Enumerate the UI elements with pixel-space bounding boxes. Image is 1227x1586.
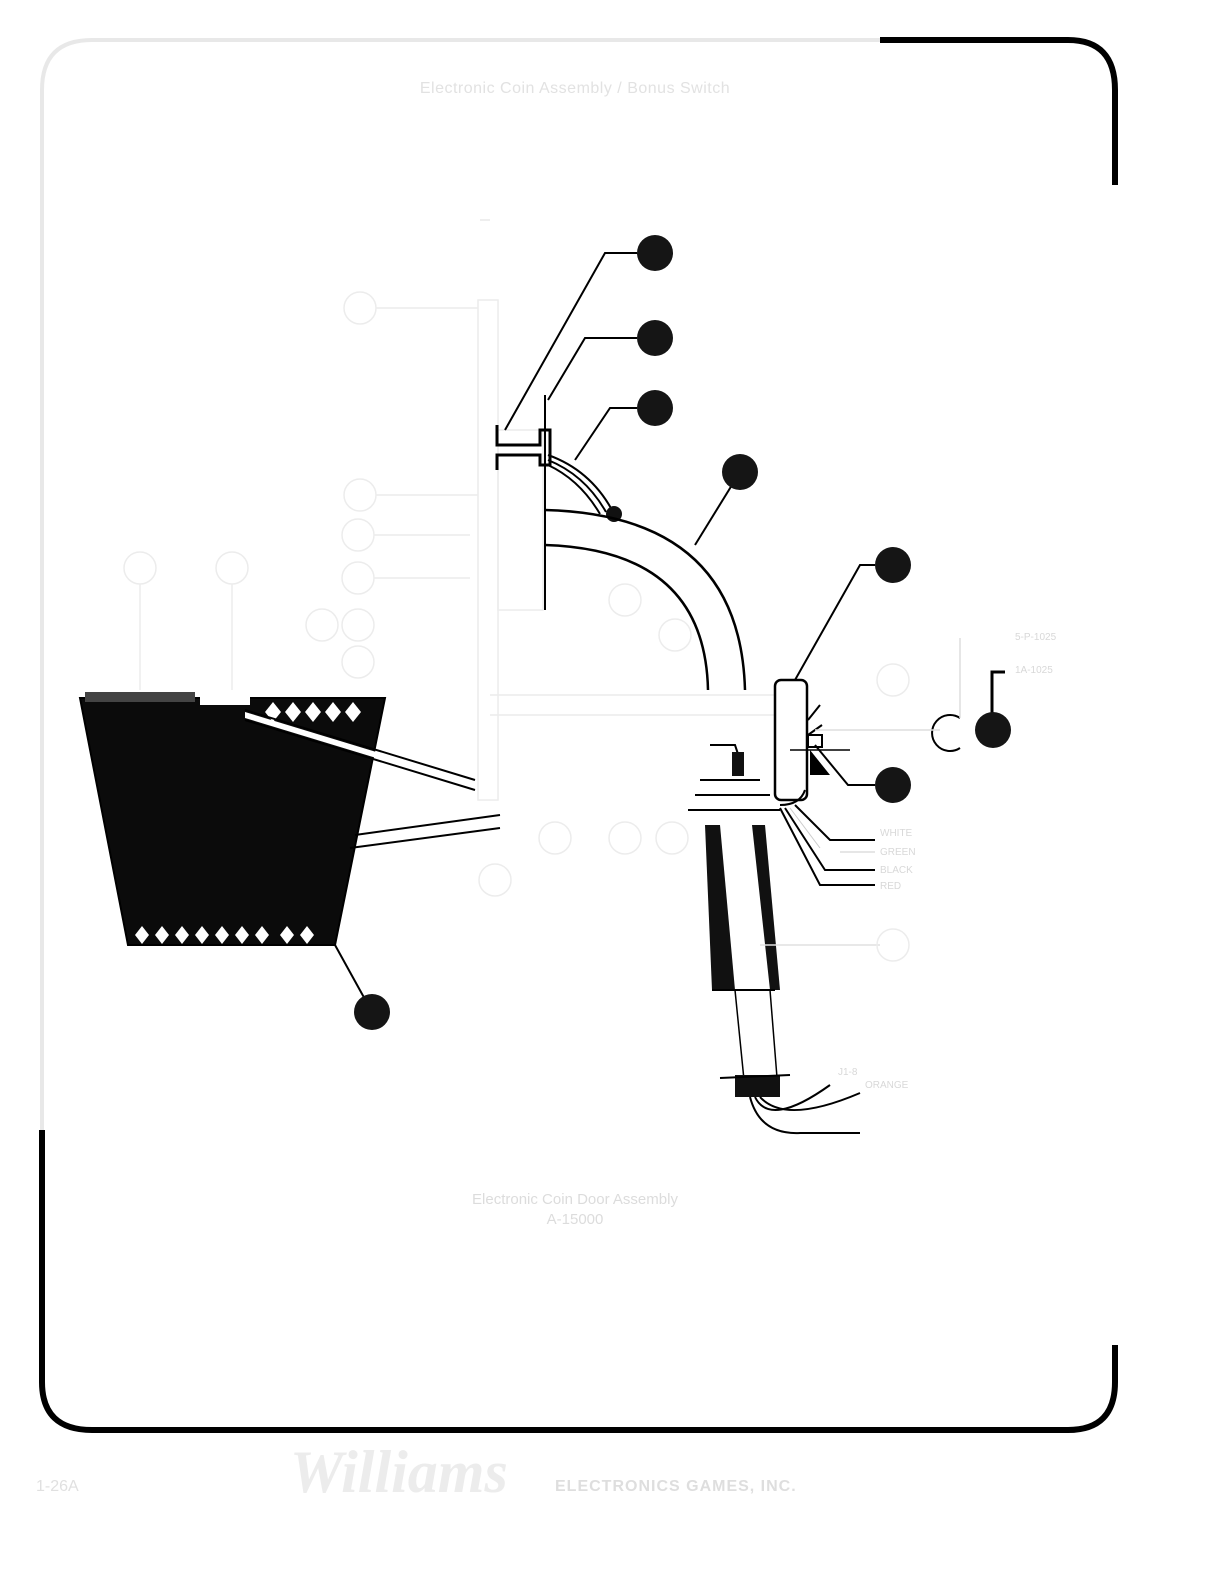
caption-part-number: A-15000 [400,1210,750,1230]
figure-caption: Electronic Coin Door Assembly A-15000 [400,1190,750,1230]
page-title: Electronic Coin Assembly / Bonus Switch [300,80,850,98]
callout-leaders [335,253,875,1012]
coin-box [80,698,385,945]
callout-bubbles [354,235,1011,1030]
caption-title: Electronic Coin Door Assembly [400,1190,750,1210]
brand-logo: Williams [290,1438,508,1507]
diagram-sheet [0,0,1227,1586]
page-number: 1-26A [36,1478,79,1496]
page-frame [880,40,1115,185]
company-name: ELECTRONICS GAMES, INC. [555,1478,797,1496]
